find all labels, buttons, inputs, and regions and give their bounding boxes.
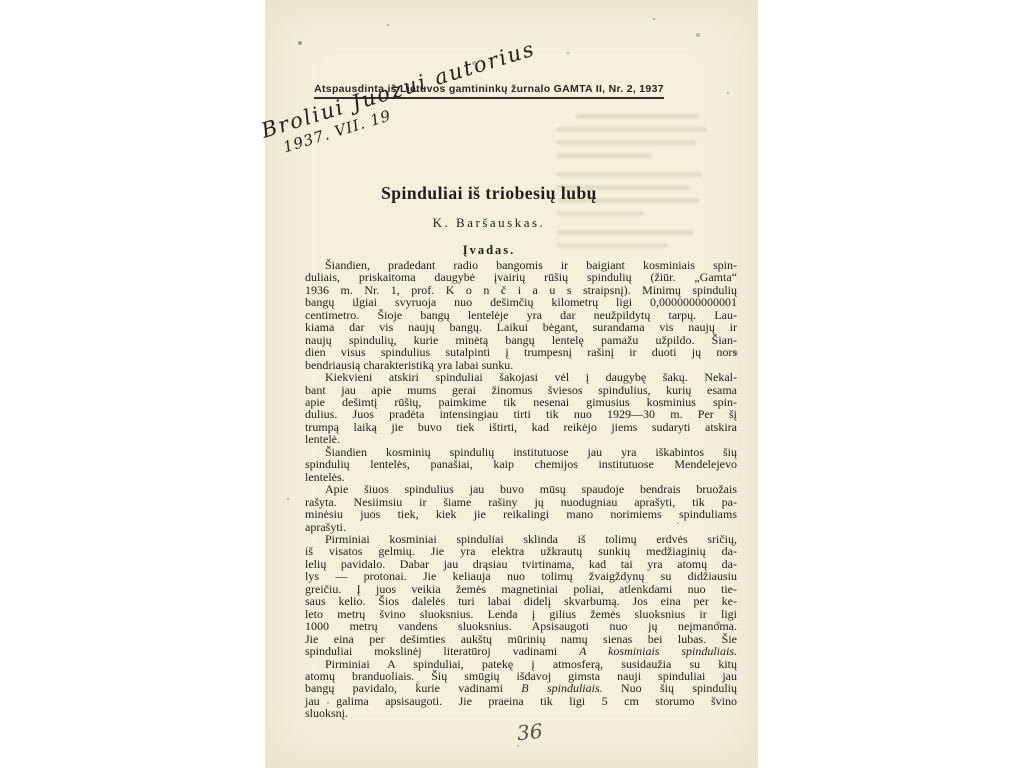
article-body: Šiandien, pradedant radio bangomis ir ba…	[305, 259, 737, 720]
text-line: Apie šiuos spindulius jau buvo mūsų spau…	[305, 483, 737, 495]
text-line: bangų ilgiai svyruoja nuo dešimčių kilom…	[305, 296, 737, 308]
bleed-through-line	[576, 114, 699, 119]
text-line: sluoksnį.	[305, 707, 737, 719]
bleed-through-line	[557, 127, 707, 132]
text-line: iš visatos gelmių. Jie yra elektra užkra…	[305, 545, 737, 557]
text-line: spindulių lentelės, panašiai, kaip chemi…	[305, 458, 737, 470]
bleed-through-line	[557, 140, 696, 145]
article-title: Spinduliai iš triobesių lubų	[273, 183, 705, 204]
text-line: lys — protonai. Jie keliauja nuo tolimų …	[305, 570, 737, 582]
text-line: saus kelio. Šios dalelės turi labai dide…	[305, 595, 737, 607]
text-line: jau galima apsisaugoti. Jie praeina tik …	[305, 695, 737, 707]
scanned-page: Atspausdinta iš Lietuvos gamtininkų žurn…	[265, 0, 758, 768]
text-line: minėsiu juos tiek, kiek jie reikalingi m…	[305, 508, 737, 520]
text-line: 1000 metrų vandens sluoksnius. Apsisaugo…	[305, 620, 737, 632]
text-line: spinduliai mokslinėj literatūroj vadinam…	[305, 645, 737, 657]
text-line: dien visus spindulius sutalpinti į trump…	[305, 346, 737, 358]
handwritten-page-number: 36	[516, 719, 544, 746]
text-line: kiama dar vis naujų bangų. Laikui bėgant…	[305, 321, 737, 333]
text-segment: spinduliai mokslinėj literatūroj vadinam…	[305, 644, 579, 658]
bleed-through-line	[557, 172, 702, 177]
text-segment-italic: A kosminiais spinduliais.	[579, 644, 737, 658]
article-author: K. Baršauskas.	[273, 215, 705, 231]
section-heading-ivadas: Įvadas.	[273, 243, 705, 258]
text-line: trumpą laiką jie buvo tiek ištirti, kad …	[305, 421, 737, 433]
text-line: Kiekvieni atskiri spinduliai šakojasi vė…	[305, 371, 737, 383]
text-line: lentelė.	[305, 433, 737, 445]
text-line: bangų pavidalo, kurie vadinami B spindul…	[305, 682, 737, 694]
bleed-through-line	[557, 153, 652, 158]
paper-speckles	[265, 0, 267, 2]
